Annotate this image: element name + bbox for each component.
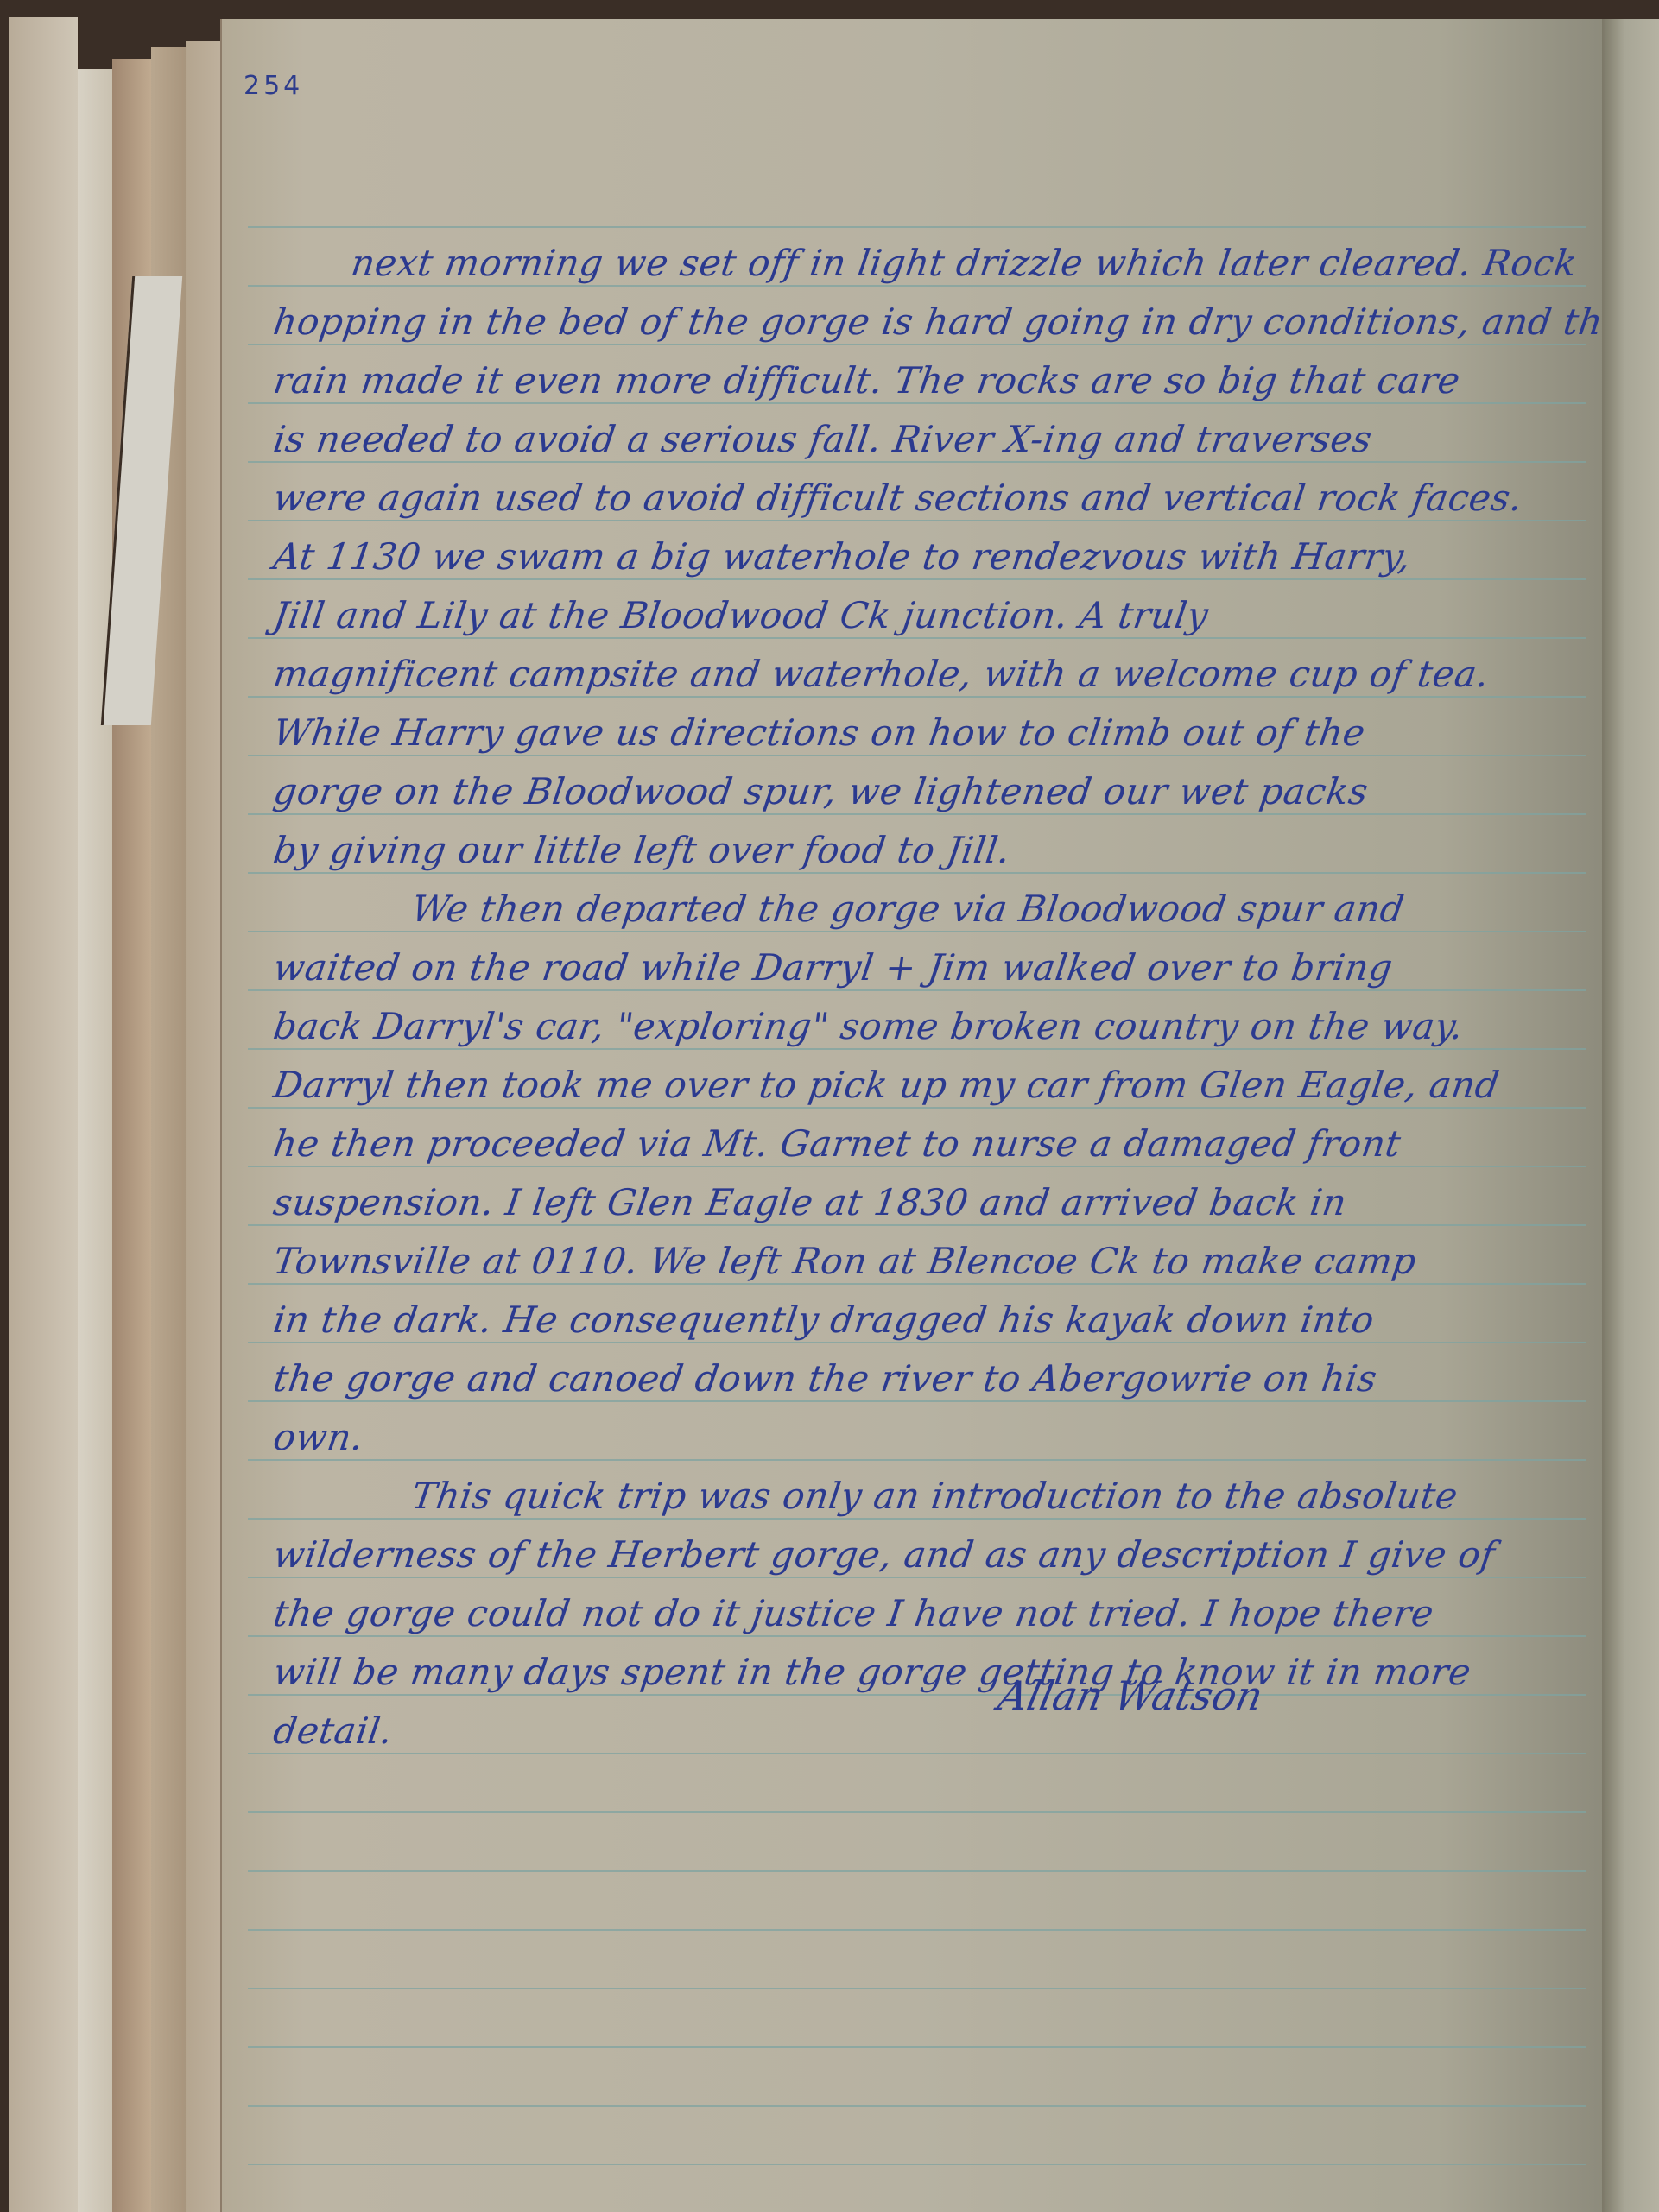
- text-line: own.: [271, 1416, 367, 1458]
- text-line: While Harry gave us directions on how to…: [271, 711, 1369, 754]
- rule-line: [248, 1224, 1586, 1226]
- text-line: were again used to avoid difficult secti…: [271, 477, 1525, 519]
- text-line: rain made it even more difficult. The ro…: [271, 359, 1463, 401]
- rule-line: [248, 461, 1586, 463]
- rule-line: [248, 1107, 1586, 1109]
- text-line: At 1130 we swam a big waterhole to rende…: [271, 535, 1414, 578]
- text-line: the gorge and canoed down the river to A…: [271, 1357, 1380, 1400]
- page-stack-edge: [9, 17, 233, 2212]
- rule-line: [248, 696, 1586, 698]
- rule-line: [248, 1048, 1586, 1050]
- rule-line: [248, 2105, 1586, 2107]
- rule-line: [248, 578, 1586, 580]
- rule-line: [248, 637, 1586, 639]
- text-line: Townsville at 0110. We left Ron at Blenc…: [271, 1240, 1420, 1282]
- text-line: We then departed the gorge via Bloodwood…: [409, 888, 1408, 930]
- rule-line: [248, 285, 1586, 287]
- page-leaf: [78, 69, 114, 2212]
- rule-line: [248, 872, 1586, 874]
- page-number: 254: [244, 71, 303, 101]
- text-line: Darryl then took me over to pick up my c…: [271, 1064, 1503, 1106]
- rule-line: [248, 1577, 1586, 1578]
- text-line: This quick trip was only an introduction…: [409, 1475, 1461, 1517]
- rule-line: [248, 931, 1586, 932]
- rule-line: [248, 1518, 1586, 1520]
- rule-line: [248, 402, 1586, 404]
- rule-line: [248, 344, 1586, 345]
- text-line: Jill and Lily at the Bloodwood Ck juncti…: [271, 594, 1212, 636]
- rule-line: [248, 989, 1586, 991]
- text-line: by giving our little left over food to J…: [271, 829, 1013, 871]
- page-leaf: [9, 17, 79, 2212]
- rule-line: [248, 1400, 1586, 1402]
- rule-line: [248, 2164, 1586, 2165]
- journal-page: 254 next morning we set off in light dri…: [220, 19, 1604, 2212]
- text-line: magnificent campsite and waterhole, with…: [271, 653, 1492, 695]
- rule-line: [248, 1342, 1586, 1343]
- rule-line: [248, 1459, 1586, 1461]
- text-line: next morning we set off in light drizzle…: [349, 242, 1580, 284]
- rule-line: [248, 1929, 1586, 1931]
- rule-line: [248, 520, 1586, 521]
- signature: Allan Watson: [994, 1672, 1267, 1719]
- rule-line: [248, 1870, 1586, 1872]
- rule-line: [248, 1753, 1586, 1754]
- text-line: hopping in the bed of the gorge is hard …: [271, 300, 1628, 343]
- rule-line: [248, 755, 1586, 756]
- text-line: wilderness of the Herbert gorge, and as …: [271, 1533, 1498, 1576]
- text-line: the gorge could not do it justice I have…: [271, 1592, 1437, 1634]
- rule-line: [248, 1635, 1586, 1637]
- rule-line: [248, 226, 1586, 228]
- text-line: gorge on the Bloodwood spur, we lightene…: [271, 770, 1371, 812]
- rule-line: [248, 1283, 1586, 1285]
- text-line: suspension. I left Glen Eagle at 1830 an…: [271, 1181, 1350, 1223]
- rule-line: [248, 1166, 1586, 1167]
- text-line: detail.: [271, 1710, 396, 1752]
- rule-line: [248, 1694, 1586, 1696]
- rule-line: [248, 813, 1586, 815]
- text-line: back Darryl's car, "exploring" some brok…: [271, 1005, 1466, 1047]
- facing-page-edge: [1602, 19, 1659, 2212]
- text-line: he then proceeded via Mt. Garnet to nurs…: [271, 1122, 1404, 1165]
- rule-line: [248, 2046, 1586, 2048]
- text-line: in the dark. He consequently dragged his…: [271, 1299, 1377, 1341]
- text-line: is needed to avoid a serious fall. River…: [271, 418, 1375, 460]
- text-line: waited on the road while Darryl + Jim wa…: [271, 946, 1396, 989]
- rule-line: [248, 1811, 1586, 1813]
- rule-line: [248, 1988, 1586, 1989]
- text-line: will be many days spent in the gorge get…: [271, 1651, 1474, 1693]
- ruled-lines: [222, 19, 1604, 2212]
